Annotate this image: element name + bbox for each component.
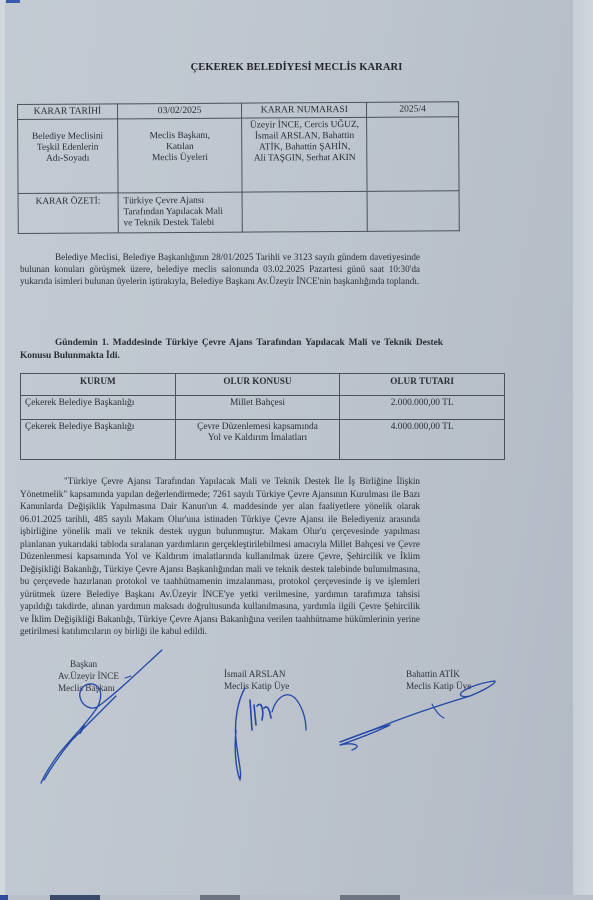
decision-number-value: 2025/4	[367, 102, 459, 118]
agenda-heading: Gündemin 1. Maddesinde Türkiye Çevre Aja…	[20, 337, 443, 362]
page-bottom-edge	[0, 895, 593, 900]
summary-value: Türkiye Çevre Ajansı Tarafından Yapılaca…	[118, 192, 243, 233]
amount-cell: 2.000.000,00 TL	[340, 396, 505, 420]
decision-info-table: KARAR TARİHİ 03/02/2025 KARAR NUMARASI 2…	[17, 101, 460, 234]
signature-block-clerk-1: İsmail ARSLAN Meclis Katip Üye	[224, 668, 289, 692]
members-role: Meclis Başkanı, Katılan Meclis Üyeleri	[117, 118, 242, 193]
signature-block-president: Başkan Av.Üzeyir İNCE Meclis Başkanı	[58, 658, 119, 694]
members-label: Belediye Meclisini Teşkil Edenlerin Adı-…	[18, 119, 118, 194]
institution-cell: Çekerek Belediye Başkanlığı	[21, 396, 176, 420]
decision-paragraph: "Türkiye Çevre Ajansı Tarafından Yapılac…	[20, 475, 420, 638]
signature-block-clerk-2: Bahattin ATİK Meclis Katip Üye	[406, 668, 471, 692]
decision-number-label: KARAR NUMARASI	[242, 102, 367, 118]
empty-cell	[243, 191, 368, 232]
empty-cell	[367, 117, 459, 192]
subject-cell: Millet Bahçesi	[175, 396, 340, 420]
decision-date-value: 03/02/2025	[117, 103, 242, 119]
summary-label: KARAR ÖZETİ:	[18, 193, 118, 234]
empty-cell	[367, 191, 459, 232]
table-row: Çekerek Belediye Başkanlığı Çevre Düzenl…	[21, 420, 505, 460]
institution-cell: Çekerek Belediye Başkanlığı	[21, 420, 176, 460]
column-header-amount: OLUR TUTARI	[340, 374, 505, 396]
column-header-subject: OLUR KONUSU	[175, 374, 340, 396]
pen-mark	[6, 0, 20, 3]
table-row: Çekerek Belediye Başkanlığı Millet Bahçe…	[21, 396, 505, 420]
subject-cell: Çevre Düzenlemesi kapsamında Yol ve Kald…	[175, 420, 340, 460]
decision-date-label: KARAR TARİHİ	[18, 104, 118, 120]
amount-cell: 4.000.000,00 TL	[340, 420, 505, 460]
members-names: Üzeyir İNCE, Cercis UĞUZ, İsmail ARSLAN,…	[242, 117, 367, 192]
approval-table: KURUM OLUR KONUSU OLUR TUTARI Çekerek Be…	[20, 373, 505, 460]
page-edge	[573, 0, 593, 900]
column-header-institution: KURUM	[21, 374, 176, 396]
page-edge	[0, 0, 5, 900]
document-title: ÇEKEREK BELEDİYESİ MECLİS KARARI	[0, 62, 593, 73]
intro-paragraph: Belediye Meclisi, Belediye Başkanlığının…	[20, 251, 420, 288]
